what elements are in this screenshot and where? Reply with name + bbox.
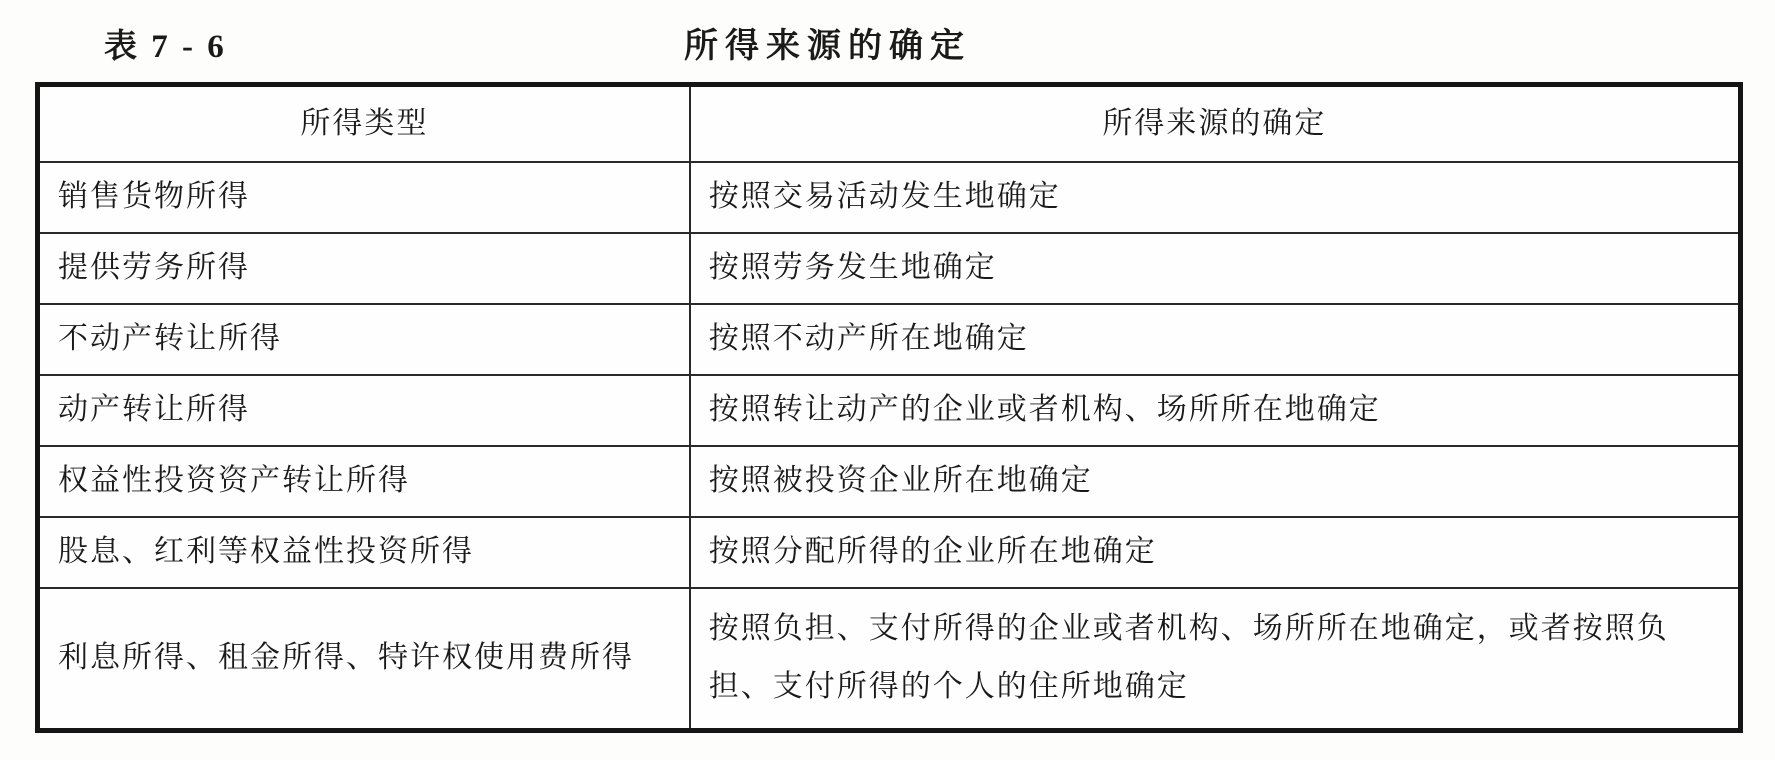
cell-income-type: 提供劳务所得 — [38, 233, 690, 304]
cell-income-type: 权益性投资资产转让所得 — [38, 446, 690, 517]
income-source-table: 所得类型 所得来源的确定 销售货物所得 按照交易活动发生地确定 提供劳务所得 按… — [35, 82, 1743, 733]
table-row: 提供劳务所得 按照劳务发生地确定 — [38, 233, 1741, 304]
cell-income-type: 利息所得、租金所得、特许权使用费所得 — [38, 588, 690, 731]
table-header-row: 所得类型 所得来源的确定 — [38, 85, 1741, 162]
table-title: 所得来源的确定 — [0, 18, 1655, 67]
cell-income-type: 销售货物所得 — [38, 162, 690, 233]
table-row: 股息、红利等权益性投资所得 按照分配所得的企业所在地确定 — [38, 517, 1741, 588]
cell-source-rule: 按照转让动产的企业或者机构、场所所在地确定 — [690, 375, 1741, 446]
cell-source-rule: 按照劳务发生地确定 — [690, 233, 1741, 304]
cell-source-rule: 按照负担、支付所得的企业或者机构、场所所在地确定，或者按照负担、支付所得的个人的… — [690, 588, 1741, 731]
cell-source-rule: 按照不动产所在地确定 — [690, 304, 1741, 375]
table-row: 销售货物所得 按照交易活动发生地确定 — [38, 162, 1741, 233]
header-income-type: 所得类型 — [38, 85, 690, 162]
table-row: 动产转让所得 按照转让动产的企业或者机构、场所所在地确定 — [38, 375, 1741, 446]
cell-source-rule: 按照被投资企业所在地确定 — [690, 446, 1741, 517]
table-row: 利息所得、租金所得、特许权使用费所得 按照负担、支付所得的企业或者机构、场所所在… — [38, 588, 1741, 731]
cell-income-type: 动产转让所得 — [38, 375, 690, 446]
cell-income-type: 不动产转让所得 — [38, 304, 690, 375]
cell-income-type: 股息、红利等权益性投资所得 — [38, 517, 690, 588]
cell-source-rule: 按照交易活动发生地确定 — [690, 162, 1741, 233]
table-row: 不动产转让所得 按照不动产所在地确定 — [38, 304, 1741, 375]
header-source-determination: 所得来源的确定 — [690, 85, 1741, 162]
cell-source-rule: 按照分配所得的企业所在地确定 — [690, 517, 1741, 588]
scanned-document-page: 表 7 - 6 所得来源的确定 所得类型 所得来源的确定 销售货物所得 按照交易… — [0, 0, 1775, 760]
table-caption-bar: 表 7 - 6 所得来源的确定 — [0, 0, 1775, 82]
table-row: 权益性投资资产转让所得 按照被投资企业所在地确定 — [38, 446, 1741, 517]
